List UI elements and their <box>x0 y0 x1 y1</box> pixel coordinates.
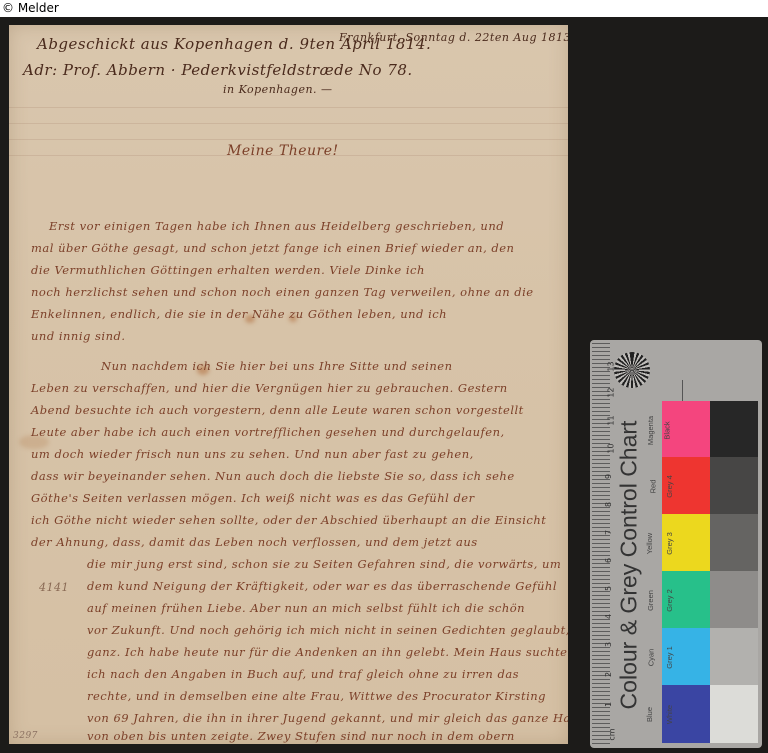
patch-white <box>710 685 758 743</box>
label-black: Black <box>663 421 672 439</box>
letter-line: mal über Göthe gesagt, und schon jetzt f… <box>31 241 514 255</box>
ruler-unit: cm <box>608 728 617 740</box>
letter-line: Erst vor einigen Tagen habe ich Ihnen au… <box>49 219 504 233</box>
letter-line: Leute aber habe ich auch einen vortreffl… <box>31 425 505 439</box>
letter-line: Nun nachdem ich Sie hier bei uns Ihre Si… <box>101 359 452 373</box>
letter-line: Enkelinnen, endlich, die sie in der Nähe… <box>31 307 447 321</box>
ruler-number: 5 <box>604 586 613 591</box>
letter-header-city: in Kopenhagen. — <box>223 83 333 96</box>
letter-line: Abend besuchte ich auch vorgestern, denn… <box>31 403 524 417</box>
copyright-credit: © Melder <box>2 0 59 17</box>
patch-grey4 <box>710 457 758 514</box>
patch-grey3 <box>710 514 758 571</box>
ruler-number: 3 <box>604 642 613 647</box>
page-number: 3297 <box>13 731 38 741</box>
label-grey1: Grey 1 <box>665 646 674 669</box>
letter-page: Abgeschickt aus Kopenhagen d. 9ten April… <box>9 25 568 744</box>
label-cyan: Cyan <box>646 649 655 667</box>
letter-line: Göthe's Seiten verlassen mögen. Ich weiß… <box>31 491 475 505</box>
ruler-number: 1 <box>604 702 613 707</box>
chart-title: Colour & Grey Control Chart <box>614 400 644 730</box>
letter-line: ich Göthe nicht wieder sehen sollte, ode… <box>31 513 546 527</box>
patch-black <box>710 401 758 457</box>
letter-line: die mir jung erst sind, schon sie zu Sei… <box>87 557 561 571</box>
colour-grey-control-chart: cm 1 2 3 4 5 6 7 8 9 10 11 12 13 Colour … <box>590 340 762 748</box>
label-grey3: Grey 3 <box>665 532 674 555</box>
letter-header-address: Adr: Prof. Abbern · Pederkvistfeldstræde… <box>23 61 413 79</box>
label-white: White <box>665 705 674 724</box>
letter-line: ganz. Ich habe heute nur für die Andenke… <box>87 645 568 659</box>
letter-line: dem kund Neigung der Kräftigkeit, oder w… <box>87 579 557 593</box>
letter-line: von 69 Jahren, die ihn in ihrer Jugend g… <box>87 711 568 725</box>
letter-line: ich nach den Angaben in Buch auf, und tr… <box>87 667 519 681</box>
label-red: Red <box>648 480 657 494</box>
ruler-number: 6 <box>604 558 613 563</box>
ruler-number: 2 <box>604 672 613 677</box>
ruler-number: 8 <box>604 502 613 507</box>
ruler-number: 4 <box>604 614 613 619</box>
ruler-number: 7 <box>604 530 613 535</box>
letter-line: dass wir beyeinander sehen. Nun auch doc… <box>31 469 515 483</box>
label-grey4: Grey 4 <box>665 475 674 498</box>
letter-line: um doch wieder frisch nun uns zu sehen. … <box>31 447 474 461</box>
letter-header-date: Frankfurt, Sonntag d. 22ten Aug 1813 <box>339 31 568 44</box>
ruler-number: 12 <box>607 387 616 397</box>
label-grey2: Grey 2 <box>665 589 674 612</box>
letter-line: der Ahnung, dass, damit das Leben noch v… <box>31 535 478 549</box>
letter-line: rechte, und in demselben eine alte Frau,… <box>87 689 546 703</box>
margin-note: 4141 <box>39 581 69 594</box>
letter-line: und innig sind. <box>31 329 126 343</box>
patch-grey1 <box>710 628 758 685</box>
letter-line: von oben bis unten zeigte. Zwey Stufen s… <box>87 729 515 743</box>
letter-line: die Vermuthlichen Göttingen erhalten wer… <box>31 263 425 277</box>
siemens-star-icon <box>614 352 650 388</box>
letter-line: noch herzlichst sehen und schon noch ein… <box>31 285 534 299</box>
label-yellow: Yellow <box>645 533 654 554</box>
label-magenta: Magenta <box>646 416 655 445</box>
cm-ruler <box>592 342 610 744</box>
label-blue: Blue <box>645 707 654 722</box>
letter-line: auf meinen frühen Liebe. Aber nun an mic… <box>87 601 525 615</box>
patch-grey2 <box>710 571 758 628</box>
letter-salutation: Meine Theure! <box>227 143 339 159</box>
ruler-number: 9 <box>604 474 613 479</box>
label-green: Green <box>646 590 655 611</box>
letter-line: vor Zukunft. Und noch gehörig ich mich n… <box>87 623 568 637</box>
letter-line: Leben zu verschaffen, und hier die Vergn… <box>31 381 508 395</box>
